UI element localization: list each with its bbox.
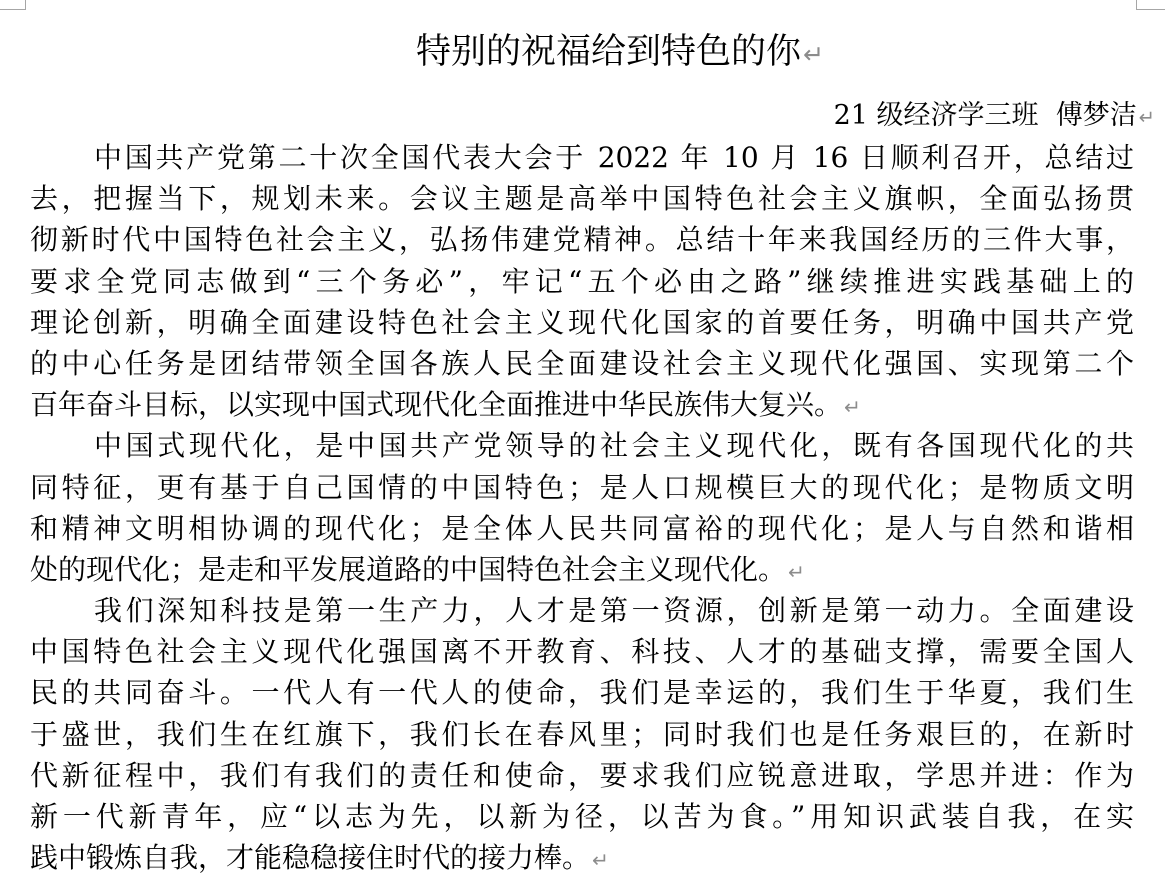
- text-line: 处的现代化；是走和平发展道路的中国特色社会主义现代化。: [30, 553, 786, 586]
- paragraph-mark-icon: ↵: [788, 560, 805, 584]
- paragraph-mark-icon: ↵: [844, 395, 861, 419]
- text-line: 百年奋斗目标，以实现中国式现代化全面推进中华民族伟大复兴。: [30, 388, 842, 421]
- text-line: 我们深知科技是第一生产力，人才是第一资源，创新是第一动力。全面建设: [30, 590, 1134, 631]
- text-line: 的中心任务是团结带领全国各族人民全面建设社会主义现代化强国、实现第二个: [30, 343, 1134, 384]
- text-line-last: 百年奋斗目标，以实现中国式现代化全面推进中华民族伟大复兴。↵: [30, 384, 1134, 425]
- paragraph-mark-icon: ↵: [592, 848, 609, 872]
- crop-mark-top-right: [1136, 0, 1165, 10]
- text-line: 同特征，更有基于自己国情的中国特色；是人口规模巨大的现代化；是物质文明: [30, 467, 1134, 508]
- text-line: 代新征程中，我们有我们的责任和使命，要求我们应锐意进取，学思并进：作为: [30, 755, 1134, 796]
- text-line: 去，把握当下，规划未来。会议主题是高举中国特色社会主义旗帜，全面弘扬贯: [30, 178, 1134, 219]
- text-line: 要求全党同志做到“三个务必”，牢记“五个必由之路”继续推进实践基础上的: [30, 261, 1134, 302]
- paragraph-2: 中国式现代化，是中国共产党领导的社会主义现代化，既有各国现代化的共 同特征，更有…: [30, 425, 1134, 590]
- text-line: 和精神文明相协调的现代化；是全体人民共同富裕的现代化；是人与自然和谐相: [30, 508, 1134, 549]
- text-line-last: 践中锻炼自我，才能稳稳接住时代的接力棒。↵: [30, 837, 1134, 878]
- text-line: 民的共同奋斗。一代人有一代人的使命，我们是幸运的，我们生于华夏，我们生: [30, 672, 1134, 713]
- paragraph-mark-icon: ↵: [1139, 106, 1155, 129]
- paragraph-3: 我们深知科技是第一生产力，人才是第一资源，创新是第一动力。全面建设 中国特色社会…: [30, 590, 1134, 878]
- paragraph-1: 中国共产党第二十次全国代表大会于 2022 年 10 月 16 日顺利召开，总结…: [30, 137, 1134, 425]
- text-line: 新一代新青年，应“以志为先，以新为径，以苦为食。”用知识武装自我，在实: [30, 796, 1134, 837]
- text-line: 于盛世，我们生在红旗下，我们长在春风里；同时我们也是任务艰巨的，在新时: [30, 714, 1134, 755]
- text-line: 彻新时代中国特色社会主义，弘扬伟建党精神。总结十年来我国经历的三件大事，: [30, 219, 1134, 260]
- text-line: 理论创新，明确全面建设特色社会主义现代化国家的首要任务，明确中国共产党: [30, 302, 1134, 343]
- text-line: 践中锻炼自我，才能稳稳接住时代的接力棒。: [30, 841, 590, 874]
- text-line-last: 处的现代化；是走和平发展道路的中国特色社会主义现代化。↵: [30, 549, 1134, 590]
- author-text: 21 级经济学三班 傅梦洁: [834, 100, 1137, 131]
- document-body: 中国共产党第二十次全国代表大会于 2022 年 10 月 16 日顺利召开，总结…: [30, 137, 1134, 878]
- title-text: 特别的祝福给到特色的你: [416, 32, 801, 72]
- author-line: 21 级经济学三班 傅梦洁↵: [834, 97, 1155, 137]
- paragraph-mark-icon: ↵: [803, 40, 824, 69]
- text-line: 中国式现代化，是中国共产党领导的社会主义现代化，既有各国现代化的共: [30, 425, 1134, 466]
- document-title: 特别的祝福给到特色的你↵: [0, 28, 1165, 79]
- text-line: 中国共产党第二十次全国代表大会于 2022 年 10 月 16 日顺利召开，总结…: [30, 137, 1134, 178]
- text-line: 中国特色社会主义现代化强国离不开教育、科技、人才的基础支撑，需要全国人: [30, 631, 1134, 672]
- crop-mark-top-left: [0, 0, 26, 10]
